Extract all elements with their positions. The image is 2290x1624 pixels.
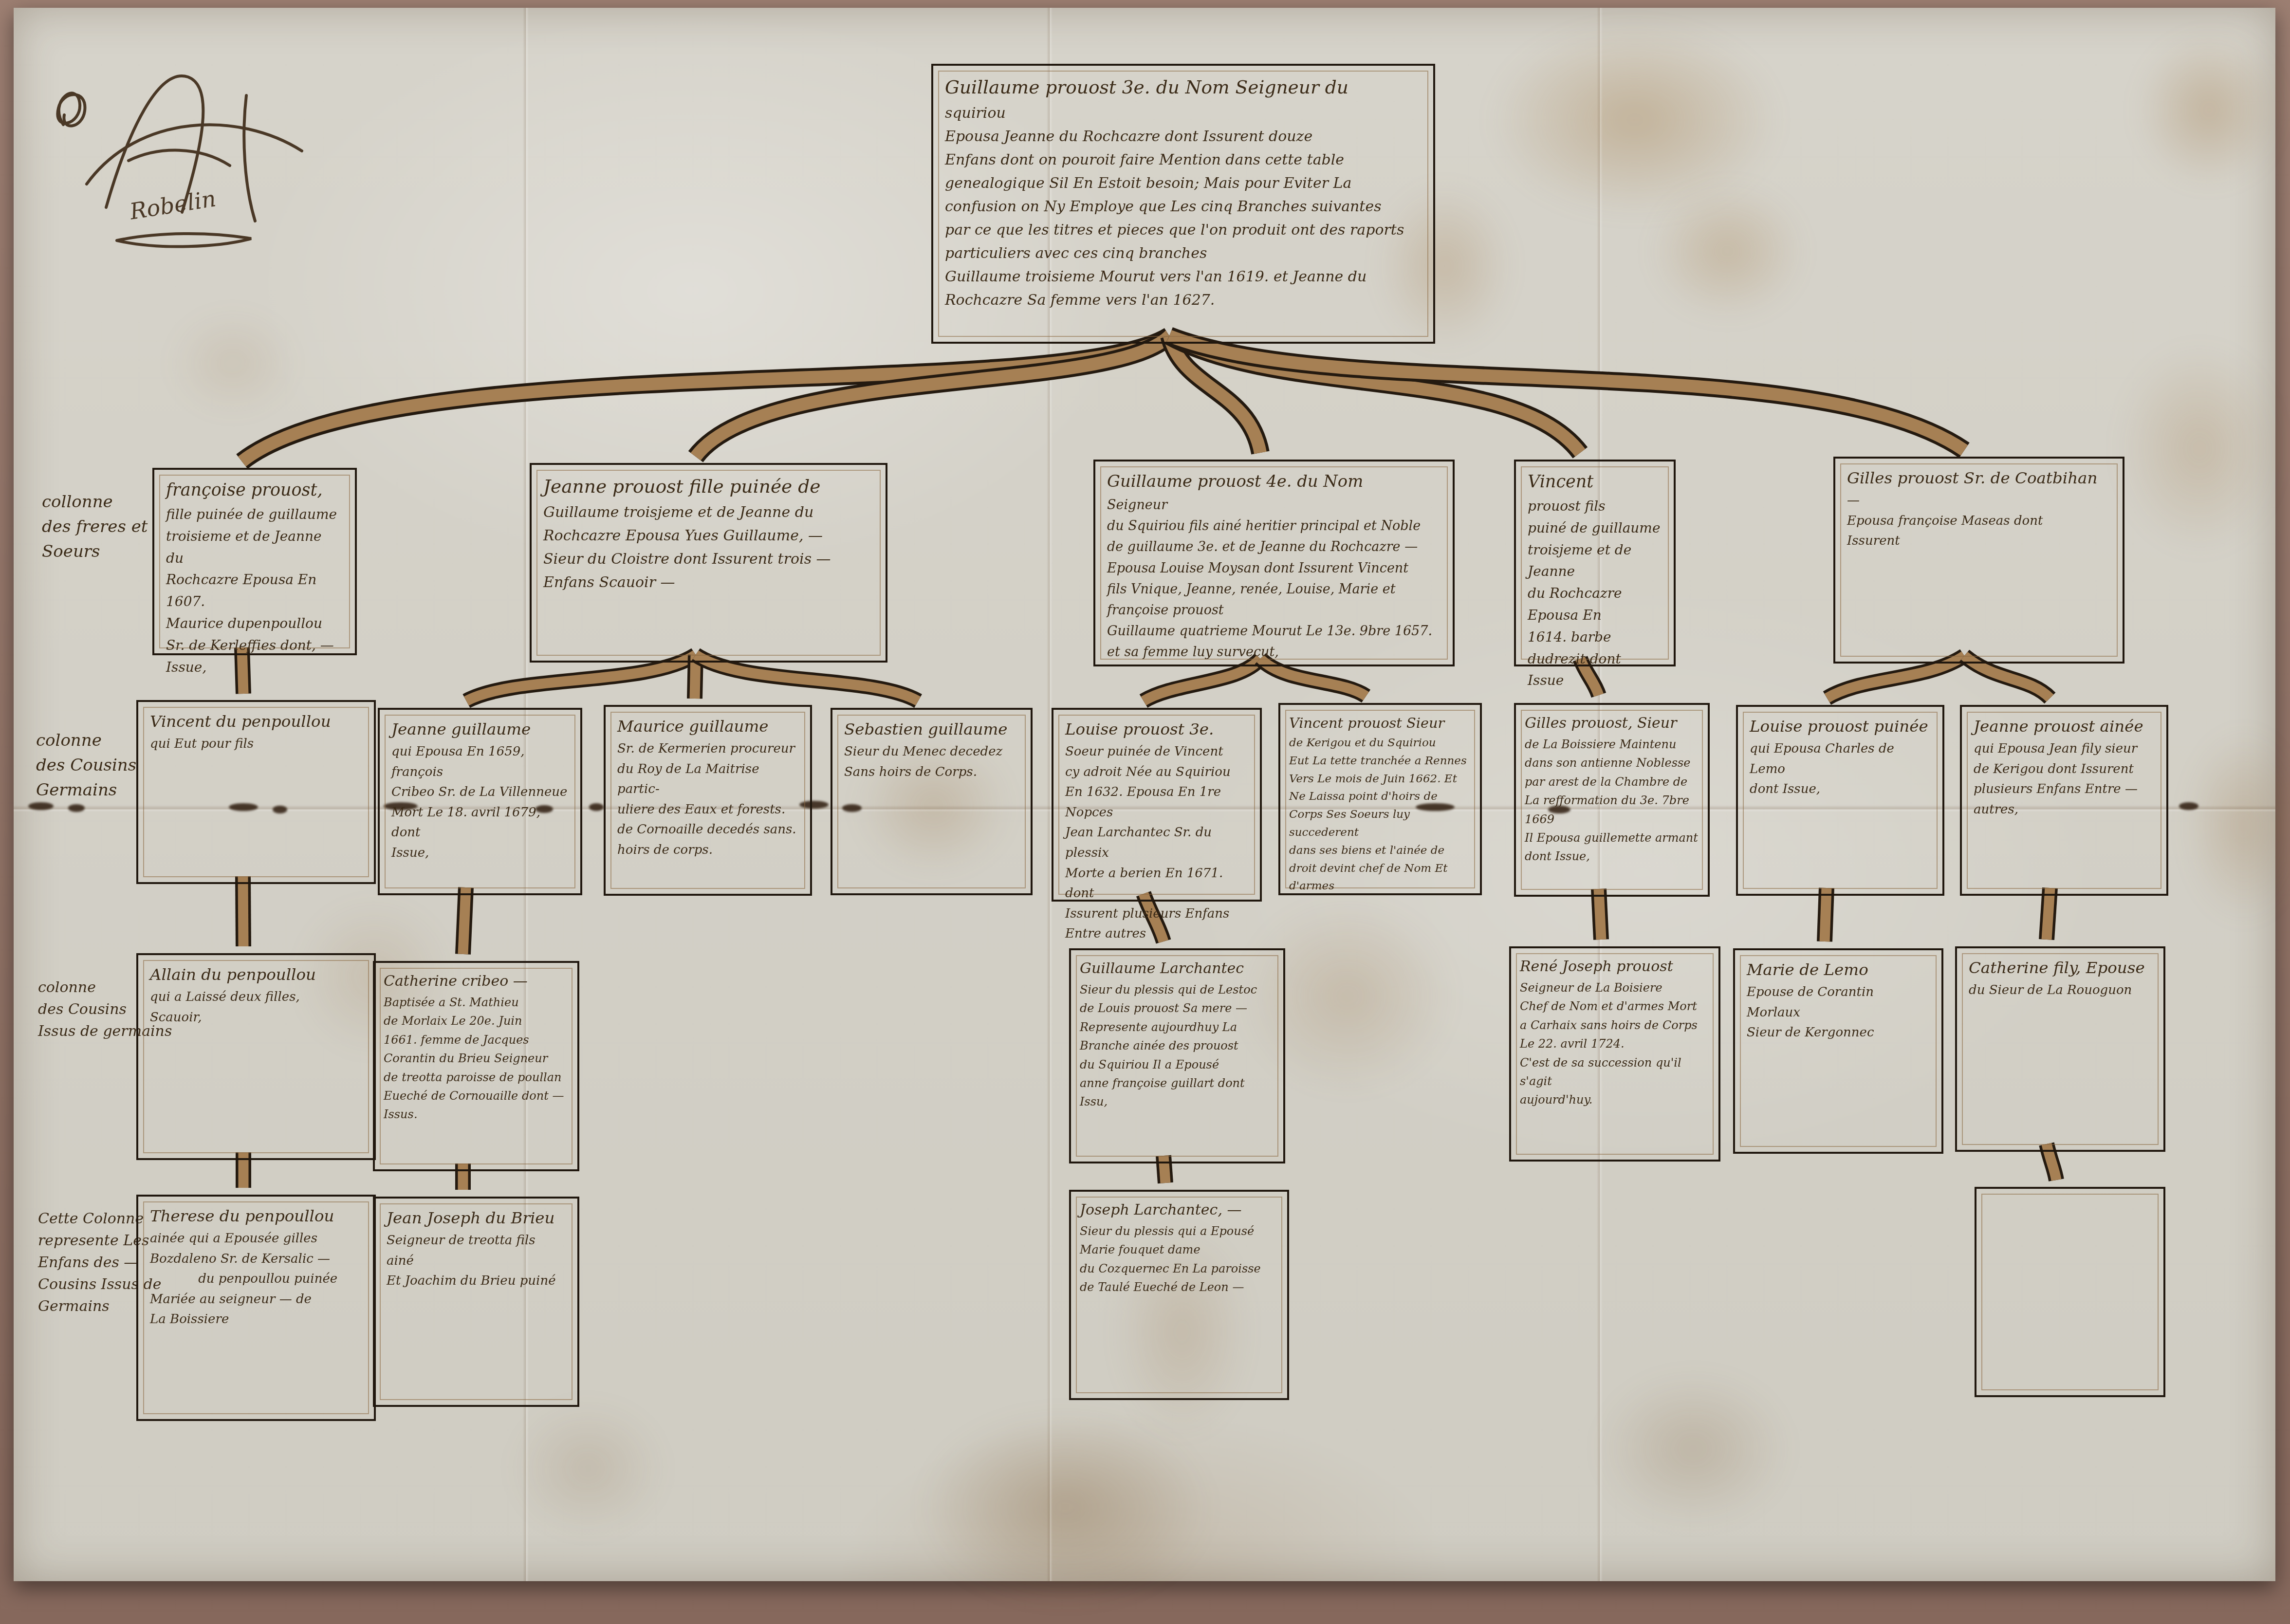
tree-box-text: Jean Joseph du Brieu Seigneur de treotta… (375, 1199, 577, 1298)
tree-box-text: Jeanne guillaume qui Epousa En 1659, fra… (380, 710, 580, 870)
tree-box-therese-du-penpoullou: Therese du penpoullou ainée qui a Epousé… (136, 1195, 376, 1421)
tree-box-marie-de-lemo: Marie de Lemo Epouse de Corantin Morlaux… (1733, 948, 1943, 1154)
tree-box-text: françoise prouost, fille puinée de guill… (154, 470, 355, 685)
tree-box-louise-prouost-puinee: Louise prouost puinée qui Epousa Charles… (1736, 705, 1944, 896)
tree-box-blank (1975, 1187, 2165, 1397)
tree-box-jeanne-guillaume: Jeanne guillaume qui Epousa En 1659, fra… (378, 708, 582, 895)
tree-box-text: Louise prouost puinée qui Epousa Charles… (1738, 707, 1942, 807)
tree-box-text: Therese du penpoullou ainée qui a Epousé… (138, 1197, 374, 1337)
tree-box-francoise-prouost: françoise prouost, fille puinée de guill… (152, 468, 357, 655)
manuscript-paper: Robelin collonne des freres et Soeurs co… (14, 8, 2275, 1581)
tree-box-text: Joseph Larchantec, — Sieur du plessis qu… (1071, 1192, 1287, 1304)
tree-box-text: Vincent prouost Sieur de Kerigou et du S… (1280, 705, 1480, 902)
scanned-genealogy-photo: { "colors": {"paper":"#d3d0c7","frame":"… (0, 0, 2290, 1624)
tree-box-text: Maurice guillaume Sr. de Kermerien procu… (606, 707, 810, 867)
tree-box-jeanne-prouost-ainee: Jeanne prouost ainée qui Epousa Jean fil… (1960, 705, 2168, 896)
calligraphic-flourish (33, 42, 345, 256)
tree-box-text: Catherine fily, Epouse du Sieur de La Ro… (1957, 948, 2163, 1008)
tree-box-text (1976, 1189, 2163, 1202)
connector-jeanne-guillaume-to-catherine-cribeo (463, 887, 466, 954)
tree-box-maurice-guillaume: Maurice guillaume Sr. de Kermerien procu… (604, 705, 812, 896)
tree-box-text: Gilles prouost, Sieur de La Boissiere Ma… (1516, 705, 1708, 873)
tree-box-text: Gilles prouost Sr. de Coatbihan — Epousa… (1835, 459, 2123, 558)
tree-box-jean-joseph-du-brieu: Jean Joseph du Brieu Seigneur de treotta… (373, 1197, 579, 1407)
tree-box-guillaume-prouost-4: Guillaume prouost 4e. du Nom Seigneur du… (1093, 460, 1455, 666)
tree-box-joseph-larchantec: Joseph Larchantec, — Sieur du plessis qu… (1069, 1190, 1289, 1400)
tree-box-text: Allain du penpoullou qui a Laissé deux f… (138, 955, 374, 1034)
tree-box-text: Louise prouost 3e. Soeur puinée de Vince… (1053, 710, 1260, 951)
tree-box-sebastien-guillaume: Sebastien guillaume Sieur du Menec deced… (831, 708, 1033, 895)
tree-box-rene-joseph-prouost: René Joseph prouost Seigneur de La Boisi… (1509, 946, 1720, 1162)
tree-box-catherine-cribeo: Catherine cribeo — Baptisée a St. Mathie… (373, 961, 579, 1171)
tree-box-text: Vincent du penpoullou qui Eut pour fils (138, 702, 374, 761)
tree-box-jeanne-prouost: Jeanne prouost fille puinée de Guillaume… (530, 463, 887, 663)
tree-box-text: Vincent prouost fils puiné de guillaume … (1516, 461, 1674, 699)
tree-box-text: Guillaume prouost 3e. du Nom Seigneur du… (933, 66, 1433, 319)
tree-box-text: Jeanne prouost ainée qui Epousa Jean fil… (1962, 707, 2166, 827)
tree-box-vincent-du-penpoullou: Vincent du penpoullou qui Eut pour fils (136, 700, 376, 884)
connector-louise-puinee-to-marie-lemo (1825, 888, 1827, 941)
tree-box-louise-prouost-3: Louise prouost 3e. Soeur puinée de Vince… (1052, 708, 1262, 902)
connector-root-to-jeanne (696, 336, 1169, 457)
tree-box-gilles-prouost-boissiere: Gilles prouost, Sieur de La Boissiere Ma… (1514, 703, 1710, 897)
tree-box-guillaume-prouost-3: Guillaume prouost 3e. du Nom Seigneur du… (931, 64, 1435, 344)
tree-box-gilles-prouost: Gilles prouost Sr. de Coatbihan — Epousa… (1833, 457, 2124, 664)
tree-box-text: Marie de Lemo Epouse de Corantin Morlaux… (1735, 950, 1941, 1050)
tree-box-text: Catherine cribeo — Baptisée a St. Mathie… (375, 963, 577, 1131)
tree-box-text: René Joseph prouost Seigneur de La Boisi… (1511, 948, 1718, 1116)
connector-vincent-penpoullou-to-allain (243, 876, 243, 946)
tree-box-guillaume-larchantec: Guillaume Larchantec Sieur du plessis qu… (1069, 948, 1285, 1163)
tree-box-text: Jeanne prouost fille puinée de Guillaume… (532, 465, 886, 601)
tree-box-text: Guillaume prouost 4e. du Nom Seigneur du… (1095, 461, 1453, 670)
tree-box-vincent-prouost: Vincent prouost fils puiné de guillaume … (1514, 460, 1676, 666)
tree-box-catherine-fily: Catherine fily, Epouse du Sieur de La Ro… (1955, 946, 2165, 1152)
tree-box-text: Sebastien guillaume Sieur du Menec deced… (832, 710, 1031, 789)
tree-box-allain-du-penpoullou: Allain du penpoullou qui a Laissé deux f… (136, 953, 376, 1160)
tree-box-vincent-prouost-kerigou: Vincent prouost Sieur de Kerigou et du S… (1278, 703, 1482, 895)
tree-box-text: Guillaume Larchantec Sieur du plessis qu… (1071, 950, 1283, 1118)
